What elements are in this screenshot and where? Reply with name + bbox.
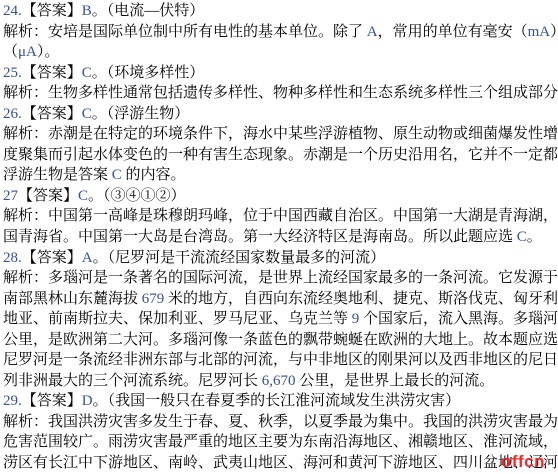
cjk-text: 。（③④①②） [88,188,186,204]
text-line: 危害范围较广。雨涝灾害最严重的地区主要为东南沿海地区、湘赣地区、淮河流域，次多雨 [3,432,558,453]
cjk-text: 。（尼罗河是干流流经国家数量最多的河流） [93,250,386,266]
cjk-text: 【答案】 [22,250,82,266]
text-line: 解析：赤潮是在特定的环境条件下，海水中某些浮游植物、原生动物或细菌爆发性增殖或高 [3,124,558,145]
cjk-text: 米的地方，自西向东流经奥地利、捷克、斯洛伐克、匈牙利、克罗 [164,291,558,307]
latin-text: μA [18,44,37,60]
answer-lines: 24.【答案】B。（电流—伏特）解析：安培是国际单位制中所有电性的基本单位。除了… [3,1,558,474]
cjk-text: 国青海省。中国第一大岛是台湾岛。第一大经济特区是海南岛。所以此题应选 [3,229,517,245]
offcn-watermark: offcn [501,452,545,472]
cjk-text: 解析：多瑙河是一条著名的国际河流，是世界上流经国家最多的一条河流。它发源于德国西 [3,270,558,286]
latin-text: C [517,229,527,245]
cjk-text: 。（浮游生物） [92,106,190,122]
cjk-text: 解析：生物多样性通常包括遗传多样性、物种多样性和生态系统多样性三个组成部分。 [3,85,558,101]
text-line: 浮游生物是答案 C 的内容。 [3,165,558,186]
cjk-text: 解析：安培是国际单位制中所有电性的基本单位。除了 [3,24,367,40]
cjk-text: 个国家后，流入黑海。多瑙河全长 [359,311,558,327]
text-line: 解析：中国第一高峰是珠穆朗玛峰，位于中国西藏自治区。中国第一大湖是青海湖，位于中 [3,206,558,227]
cjk-text: 的内容。 [122,167,186,183]
text-line: 度聚集而引起水体变色的一种有害生态现象。赤潮是一个历史沿用名，它并不一定都是红色… [3,145,558,166]
text-line: 28.【答案】A。（尼罗河是干流流经国家数量最多的河流） [3,248,558,269]
latin-text: 679 [142,291,165,307]
cjk-text: 浮游生物是答案 [3,167,112,183]
cjk-text: 地亚、前南斯拉夫、保加利亚、罗马尼亚、乌克兰等 [3,311,352,327]
cjk-text: 公里，是欧洲第二大河。多瑙河像一条蓝色的飘带蜿蜒在欧洲的大地上。故本题应选 [3,332,558,348]
cjk-text: 【答案】 [22,106,82,122]
latin-text: B [82,3,92,19]
cjk-text: ，常用的单位有毫安（ [378,24,528,40]
text-line: 29.【答案】D。（我国一般只在春夏季的长江淮河流域发生洪涝灾害） [3,391,558,412]
latin-text: 28. [3,250,22,266]
cjk-text: 。 [527,229,542,245]
cjk-text: 。（我国一般只在春夏季的长江淮河流域发生洪涝灾害） [93,393,461,409]
latin-text: 24. [3,3,22,19]
text-line: 25.【答案】C。（环境多样性） [3,63,558,84]
text-line: 涝区有长江中下游地区、南岭、武夷山地区、海河和黄河下游地区、四川盆地、辽河、松花 [3,453,558,474]
cjk-text: 列非洲最大的三个河流系统。尼罗河长 [3,373,262,389]
text-line: 24.【答案】B。（电流—伏特） [3,1,558,22]
cjk-text: ）、微安 [550,24,558,40]
cjk-text: 【答案】 [22,65,82,81]
text-line: 南部黑林山东麓海拔 679 米的地方，自西向东流经奥地利、捷克、斯洛伐克、匈牙利… [3,289,558,310]
latin-text: 29. [3,393,22,409]
text-line: 27【答案】C。（③④①②） [3,186,558,207]
document-page: 24.【答案】B。（电流—伏特）解析：安培是国际单位制中所有电性的基本单位。除了… [0,0,558,474]
cjk-text: 尼罗河是一条流经非洲东部与北部的河流，与中非地区的刚果河以及西非地区的尼日尔河并 [3,352,558,368]
latin-text: mA [528,24,551,40]
cjk-text: 。（电流—伏特） [92,3,205,19]
cjk-text: 南部黑林山东麓海拔 [3,291,142,307]
cjk-text: 。（环境多样性） [92,65,205,81]
latin-text: A [82,250,93,266]
latin-text: 26. [3,106,22,122]
latin-text: 27 [3,188,18,204]
cjk-text: 【答案】 [18,188,78,204]
latin-text: D [82,393,93,409]
text-line: 26.【答案】C。（浮游生物） [3,104,558,125]
cjk-text: 【答案】 [22,3,82,19]
text-line: 国青海省。中国第一大岛是台湾岛。第一大经济特区是海南岛。所以此题应选 C。 [3,227,558,248]
latin-text: C [82,106,92,122]
cjk-text: 公里，是世界上最长的河流。 [296,373,495,389]
cjk-text: 解析：赤潮是在特定的环境条件下，海水中某些浮游植物、原生动物或细菌爆发性增殖或高 [3,126,558,142]
cjk-text: 解析：中国第一高峰是珠穆朗玛峰，位于中国西藏自治区。中国第一大湖是青海湖，位于中 [3,208,558,224]
text-line: （μA）。 [3,42,558,63]
latin-text: A [367,24,378,40]
text-line: 尼罗河是一条流经非洲东部与北部的河流，与中非地区的刚果河以及西非地区的尼日尔河并 [3,350,558,371]
cjk-text: 度聚集而引起水体变色的一种有害生态现象。赤潮是一个历史沿用名，它并不一定都是红色… [3,147,558,163]
text-line: 解析：生物多样性通常包括遗传多样性、物种多样性和生态系统多样性三个组成部分。 [3,83,558,104]
cjk-text: 【答案】 [22,393,82,409]
text-line: 公里，是欧洲第二大河。多瑙河像一条蓝色的飘带蜿蜒在欧洲的大地上。故本题应选 A。 [3,330,558,351]
cjk-text: （ [3,44,18,60]
latin-text: 25. [3,65,22,81]
latin-text: C [82,65,92,81]
text-line: 列非洲最大的三个河流系统。尼罗河长 6,670 公里，是世界上最长的河流。 [3,371,558,392]
text-line: 解析：多瑙河是一条著名的国际河流，是世界上流经国家最多的一条河流。它发源于德国西 [3,268,558,289]
cjk-text: 危害范围较广。雨涝灾害最严重的地区主要为东南沿海地区、湘赣地区、淮河流域，次多雨 [3,434,558,450]
cjk-text: ）。 [37,44,60,60]
latin-text: C [112,167,122,183]
latin-text: C [78,188,88,204]
latin-text: 6,670 [262,373,296,389]
cjk-text: 解析：我国洪涝灾害多发生于春、夏、秋季，以夏季最为集中。我国的洪涝灾害最为常见且 [3,414,558,430]
text-line: 地亚、前南斯拉夫、保加利亚、罗马尼亚、乌克兰等 9 个国家后，流入黑海。多瑙河全… [3,309,558,330]
text-line: 解析：我国洪涝灾害多发生于春、夏、秋季，以夏季最为集中。我国的洪涝灾害最为常见且 [3,412,558,433]
cjk-text: 涝区有长江中下游地区、南岭、武夷山地区、海河和黄河下游地区、四川盆地、辽河、松花 [3,455,558,471]
text-line: 解析：安培是国际单位制中所有电性的基本单位。除了 A，常用的单位有毫安（mA）、… [3,22,558,43]
